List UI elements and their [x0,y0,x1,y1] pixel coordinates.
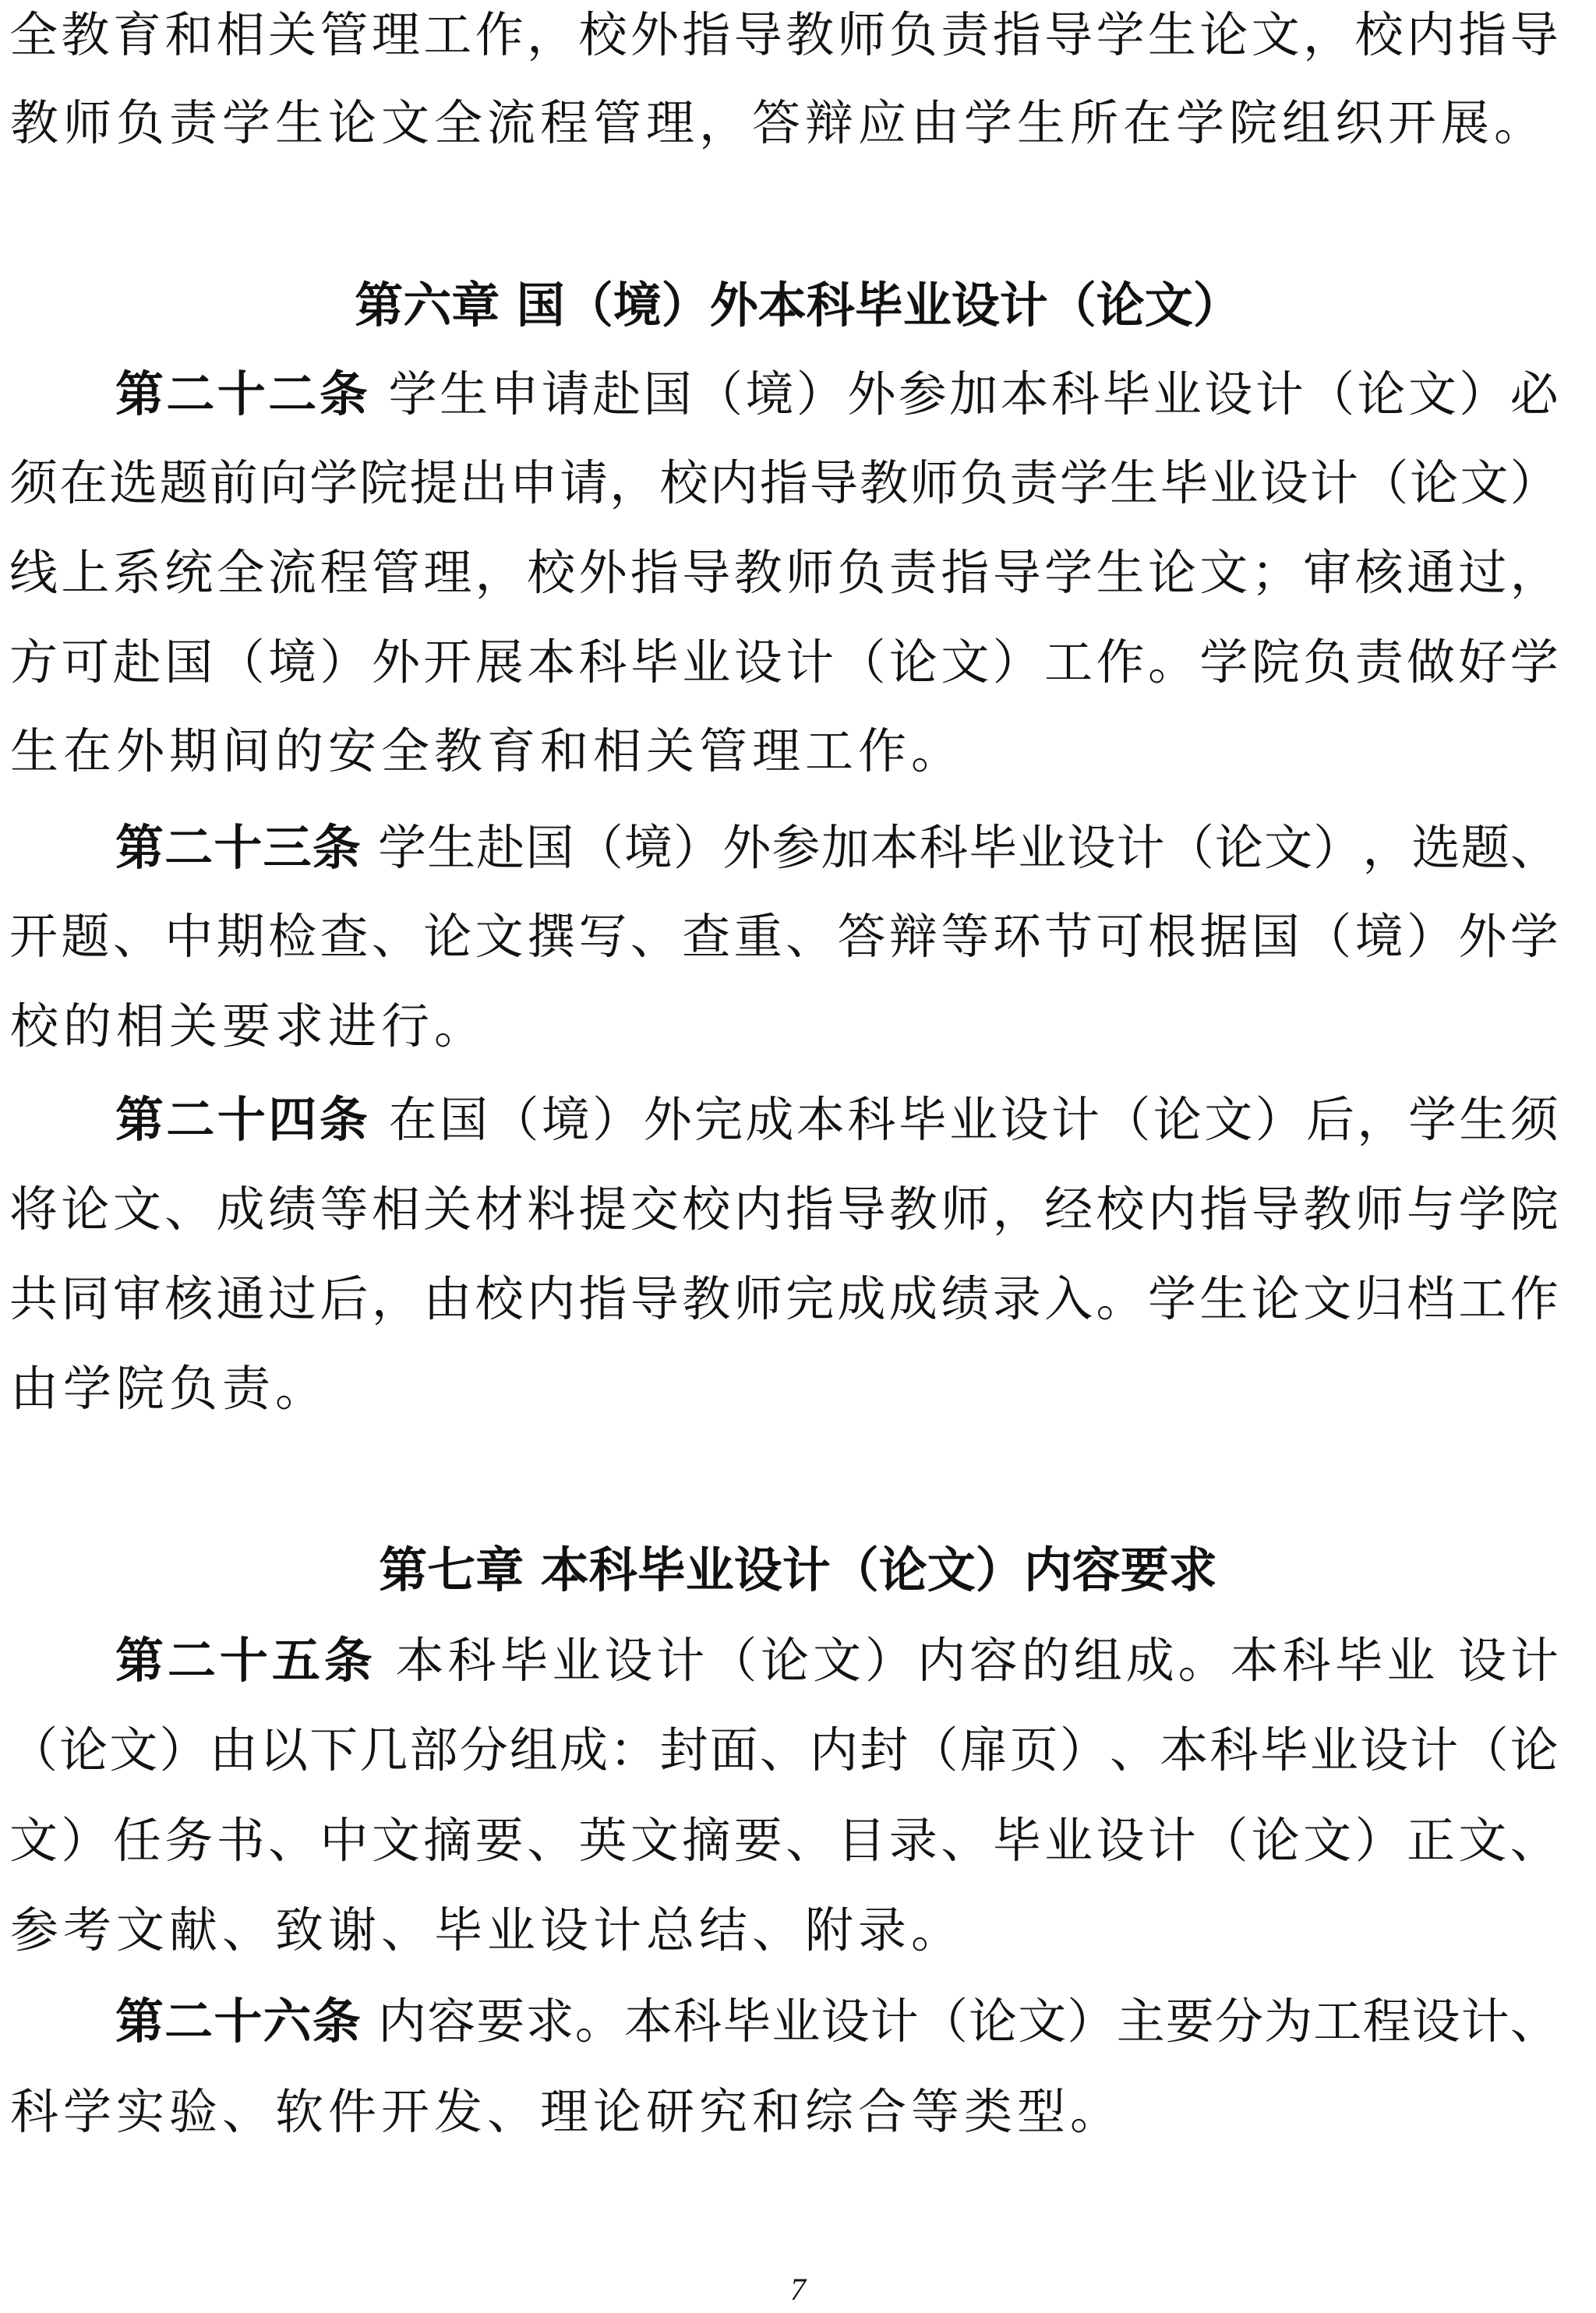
text-char: ） [1313,817,1361,879]
text-char: 校 [659,452,708,514]
text-char: 设 [821,1990,870,2053]
text-char: 向 [260,452,308,514]
text-char: 国 [1252,906,1300,968]
text-char: 要 [734,1810,782,1872]
text-char: 设 [1067,817,1115,879]
article-23-line-3: 校的相关要求进行。 [9,995,1559,1058]
text-char: 、 [760,1719,808,1782]
label-spacer [370,363,386,426]
text-char: 师 [941,1178,989,1241]
text-char: 国 [644,363,692,426]
text-char: 成 [745,1089,793,1151]
text-char: 重 [734,906,782,968]
text-char: 流 [268,542,316,604]
text-char: 辩 [804,92,854,154]
article-label-char: 五 [272,1630,320,1692]
text-char: 全 [380,720,430,782]
text-char: 设 [1458,1630,1506,1692]
text-char: 导 [993,542,1041,604]
text-char: 全 [217,542,265,604]
text-char: 指 [1199,1178,1248,1241]
text-char: 、 [164,1178,213,1241]
text-char: 全 [433,92,483,154]
text-char: 相 [217,4,265,66]
text-char: 中 [164,906,213,968]
text-char: 后 [1306,1089,1354,1151]
article-label-char: 第 [115,1630,164,1692]
text-char: 环 [993,906,1041,968]
text-char: 导 [1044,4,1093,66]
text-char: 学 [62,2081,112,2143]
article-22-line-4: 方可赴国（境）外开展本科毕业设计（论文）工作。学院负责做好学 [9,631,1559,694]
page-number: 7 [0,2272,1596,2308]
text-char: 文 [1458,1810,1506,1872]
text-char: 毕 [630,631,679,694]
text-char: 须 [9,452,58,514]
text-char: 业 [949,1089,997,1151]
text-char: 生 [1016,92,1066,154]
text-char: 毕 [899,1089,947,1151]
text-char: 好 [1458,631,1506,694]
text-char [1439,1630,1454,1692]
text-char: 内 [917,1630,966,1692]
text-char: 关 [268,4,316,66]
text-char: 后 [320,1268,368,1330]
text-char: 分 [460,1719,508,1782]
text-char: 本 [796,1089,845,1151]
text-char: 计 [1410,1719,1458,1782]
text-char: 生 [9,720,59,782]
text-char: 关 [645,720,695,782]
text-char: 可 [1096,906,1145,968]
text-char: 境 [745,363,793,426]
text-char: 、 [486,2081,536,2143]
text-char: 内 [734,1178,782,1241]
text-char: 科 [578,631,627,694]
text-char: 、 [268,1810,316,1872]
text-char: 论 [327,92,377,154]
text-char: 间 [221,720,271,782]
text-char: 计 [1148,1810,1196,1872]
text-char: 外 [644,1089,692,1151]
article-label-char: 第 [115,1089,164,1151]
text-char: 开 [9,906,58,968]
text-char: 检 [268,906,316,968]
text-char: 文 [1264,817,1312,879]
text-char: 学 [1148,1268,1196,1330]
text-char: 教 [734,542,782,604]
text-char: 请 [542,363,590,426]
text-char: 学 [963,92,1013,154]
text-char: 科 [920,817,968,879]
text-char: 科 [1283,1630,1331,1692]
text-char: （ [838,631,886,694]
text-char: 管 [592,92,642,154]
text-char: 下 [309,1719,358,1782]
chapter-7-heading: 第七章 本科毕业设计（论文）内容要求 [0,1539,1596,1601]
text-char: 境 [542,1089,590,1151]
text-char: 结 [698,1899,748,1962]
text-char: 文 [1018,1990,1066,2053]
text-char: 组 [1281,92,1331,154]
text-char: 理 [539,2081,589,2143]
text-char: 归 [1355,1268,1404,1330]
article-label-char: 四 [268,1089,316,1151]
document-page: 全教育和相关管理工作，校外指导教师负责指导学生论文，校内指导 教师负责学生论文全… [0,0,1596,2313]
article-label-char: 二 [166,1089,214,1151]
article-label-char: 二 [268,363,316,426]
text-char: （ [1460,1719,1508,1782]
text-char: 设 [1204,363,1252,426]
text-char: ） [61,1810,109,1872]
text-char: ， [1510,542,1559,604]
text-char: 毕 [1160,452,1208,514]
text-char: 页 [1010,1719,1058,1782]
text-char: 设 [1360,1719,1408,1782]
article-23-line-1: 第二十三条 学生赴国（境）外参加本科毕业设计（论文），选题、 [115,817,1559,879]
text-char: 理 [423,542,471,604]
text-char: 师 [909,452,958,514]
text-char: 考 [62,1899,112,1962]
article-22-line-2: 须在选题前向学院提出申请，校内指导教师负责学生毕业设计（论文） [9,452,1559,514]
label-spacer [370,1089,386,1151]
text-char: 学 [389,363,437,426]
text-char: 科 [1210,1719,1259,1782]
text-char: 扉 [960,1719,1008,1782]
text-char: 要 [221,995,271,1058]
text-char: 业 [552,1630,600,1692]
text-char: ） [673,817,722,879]
text-char: 设 [1412,1990,1460,2053]
text-char: 生 [427,817,475,879]
text-char: 文 [1303,1268,1351,1330]
text-char: 书 [217,1810,265,1872]
text-char: 录 [857,1899,907,1962]
text-char: 内 [1148,1178,1196,1241]
text-char: 和 [164,4,213,66]
text-char: 要 [476,1990,524,2053]
text-char: 查 [320,906,368,968]
text-char: 流 [486,92,536,154]
text-char: 查 [682,906,730,968]
article-label-char: 二 [168,1630,216,1692]
text-char: 工 [804,720,854,782]
article-25-line-2: （论文）由以下几部分组成：封面、内封（扉页）、本科毕业设计（论 [9,1719,1559,1782]
text-char: 究 [698,2081,748,2143]
text-char: 参 [899,363,947,426]
text-char: 题 [61,906,109,968]
article-label-char: 第 [115,363,164,426]
text-char: 成 [560,1719,608,1782]
text-char: 内 [710,452,758,514]
text-char: 文 [1204,1089,1252,1151]
text-char: 、 [1110,1719,1158,1782]
text-char: 主 [1117,1990,1165,2053]
text-char: （ [490,1089,538,1151]
chapter-6-heading: 第六章 国（境）外本科毕业设计（论文） [0,274,1596,337]
text-char: 关 [423,1178,471,1241]
article-23-line-2: 开题、中期检查、论文撰写、查重、答辩等环节可根据国（境）外学 [9,906,1559,968]
text-char: 上 [61,542,109,604]
text-char: 应 [857,92,907,154]
text-char: 作 [1510,1268,1559,1330]
text-char: 分 [1215,1990,1263,2053]
text-char: 容 [969,1630,1018,1692]
text-char: 论 [1215,817,1263,879]
text-char: 论 [1199,4,1248,66]
text-char: 过 [268,1268,316,1330]
carryover-line-1: 全教育和相关管理工作，校外指导教师负责指导学生论文，校内指导 [9,4,1559,66]
text-char: 封 [860,1719,908,1782]
label-spacer [362,817,377,879]
text-char: 业 [682,631,730,694]
text-char: 的 [62,995,112,1058]
text-char: 摘 [682,1810,730,1872]
text-char: 中 [320,1810,368,1872]
text-char: 赴 [113,631,161,694]
text-char: 、 [1510,1810,1559,1872]
text-char: 文 [1199,542,1248,604]
text-char: 料 [527,1178,575,1241]
text-char: ， [698,92,748,154]
text-char: 学 [1510,631,1559,694]
text-char: 相 [115,995,165,1058]
text-char: 录 [993,1268,1041,1330]
text-char: 本 [870,817,919,879]
text-char: 过 [1458,542,1506,604]
text-char: 计 [656,1630,704,1692]
text-char: 、 [527,1810,575,1872]
text-char: （ [708,1630,757,1692]
text-char: 开 [1387,92,1437,154]
text-char: 科 [448,1630,496,1692]
text-char: 几 [359,1719,408,1782]
article-label-char: 二 [164,1990,213,2053]
text-char: 文 [380,92,430,154]
text-char: 、 [380,1899,430,1962]
text-char: 论 [889,631,937,694]
text-char: 生 [1110,452,1158,514]
text-char: 由 [9,1358,59,1420]
text-char: 科 [9,2081,59,2143]
text-char: 文 [109,1719,157,1782]
text-char: 学 [1510,906,1559,968]
text-char: 本 [1001,363,1049,426]
text-char: 指 [941,542,989,604]
text-char: 入 [1044,1268,1093,1330]
text-char: 核 [1355,542,1404,604]
text-char: 行 [380,995,430,1058]
text-char: 负 [115,92,165,154]
text-char: （ [9,1719,58,1782]
text-char: 展 [475,631,524,694]
text-char: 、 [630,906,679,968]
text-char: 文 [1252,4,1300,66]
text-char: 外 [1458,906,1506,968]
text-char: 本 [396,1630,444,1692]
text-char: 教 [889,1178,937,1241]
text-char: 业 [1018,817,1066,879]
text-char: 型 [1016,2081,1066,2143]
text-char: 计 [1117,817,1165,879]
text-char: 、 [1510,817,1559,879]
text-char: 论 [1148,542,1196,604]
article-label-char: 十 [217,1089,266,1151]
article-label-char: 第 [115,817,164,879]
text-char: 参 [772,817,820,879]
text-char: 科 [1051,363,1100,426]
text-char: ： [609,1719,658,1782]
text-char: 校 [682,1178,730,1241]
text-char: 外 [115,720,165,782]
text-char: 工 [1044,631,1093,694]
text-char: 毕 [722,1990,771,2053]
text-char: 校 [1096,1178,1145,1241]
text-char: 赴 [592,363,641,426]
text-char: 。 [433,995,483,1058]
text-char: 外 [372,631,420,694]
text-char: 教 [786,4,834,66]
article-24-line-2: 将论文、成绩等相关材料提交校内指导教师，经校内指导教师与学院 [9,1178,1559,1241]
text-char: 指 [993,4,1041,66]
text-char: （ [575,817,623,879]
text-char: 。 [1096,1268,1145,1330]
text-char: 申 [490,363,538,426]
article-25-line-3: 文）任务书、中文摘要、英文摘要、目录、毕业设计（论文）正文、 [9,1810,1559,1872]
article-label-char: 条 [312,1990,361,2053]
text-char: 理 [751,720,801,782]
text-char: 将 [9,1178,58,1241]
text-char: 请 [560,452,608,514]
text-char: 导 [838,1178,886,1241]
text-char: 设 [1096,1810,1145,1872]
text-char: （ [1102,1089,1150,1151]
text-char: 院 [359,452,408,514]
text-char: 由 [210,1719,258,1782]
text-char: 导 [630,1268,679,1330]
text-char: 负 [960,452,1008,514]
text-char: 发 [433,2081,483,2143]
text-char: 计 [786,631,834,694]
text-char: 学 [309,452,358,514]
text-char: ， [993,1178,1041,1241]
text-char: 工 [1458,1268,1506,1330]
text-char: 生 [274,92,324,154]
text-char: 赴 [476,817,524,879]
text-char: 。 [910,1899,960,1962]
text-char: 交 [630,1178,679,1241]
text-char: 在 [59,452,108,514]
text-char: ） [1355,1810,1404,1872]
text-char: 安 [327,720,377,782]
article-label-char: 条 [320,363,368,426]
text-char: 作 [475,4,524,66]
text-char: 答 [838,906,886,968]
text-char: 外 [578,542,627,604]
text-char: ） [865,1630,913,1692]
text-char: 方 [9,631,58,694]
text-char: 学 [1096,4,1145,66]
text-char: 选 [1412,817,1460,879]
article-label-char: 三 [263,817,312,879]
text-char: 境 [1355,906,1404,968]
text-char: 与 [1407,1178,1455,1241]
text-char: 附 [804,1899,854,1962]
text-char: 计 [870,1990,919,2053]
text-char: 生 [1459,1089,1507,1151]
text-char: 展 [1440,92,1490,154]
article-label-char: 十 [220,1630,268,1692]
text-char: 线 [9,542,58,604]
article-label-char: 十 [214,817,262,879]
text-char: 生 [1096,542,1145,604]
text-char: 境 [624,817,673,879]
text-char: 期 [168,720,218,782]
text-char: 在 [62,720,112,782]
text-char: （ [909,1719,958,1782]
text-char: 学 [1408,1089,1457,1151]
article-label-char: 条 [320,1089,368,1151]
text-char: 院 [115,1358,165,1420]
text-char: 相 [592,720,642,782]
text-char: 内 [527,1268,575,1330]
text-char: 校 [1355,4,1404,66]
text-char: 加 [821,817,870,879]
text-char: 求 [526,1990,574,2053]
text-char: 业 [772,1990,820,2053]
text-char: ； [1252,542,1300,604]
text-char: 实 [115,2081,165,2143]
text-char: 教 [433,720,483,782]
text-char: 绩 [268,1178,316,1241]
text-char: 本 [624,1990,673,2053]
text-char: 选 [109,452,157,514]
text-char: 学 [1458,1178,1506,1241]
text-char: ， [372,1268,420,1330]
text-char: 育 [113,4,161,66]
text-char: 毕 [1334,1630,1382,1692]
text-char: 计 [1310,452,1358,514]
text-char: 指 [760,452,808,514]
text-char: 计 [1051,1089,1100,1151]
text-char: ） [1067,1990,1115,2053]
text-char: 完 [694,1089,743,1151]
text-char: ， [1358,1089,1406,1151]
text-char: 作 [857,720,907,782]
text-char: 校 [9,995,59,1058]
text-char: 内 [810,1719,858,1782]
text-char: 程 [320,542,368,604]
text-char: 教 [61,4,109,66]
text-char: 英 [578,1810,627,1872]
text-char: 师 [734,1268,782,1330]
text-char: 导 [682,542,730,604]
text-char: 总 [645,1899,695,1962]
text-char: ） [320,631,368,694]
text-char: 要 [475,1810,524,1872]
article-label-char: 条 [324,1630,373,1692]
text-char: 毕 [993,1810,1041,1872]
text-char: 开 [423,631,471,694]
article-label-char: 二 [166,363,214,426]
text-char: 致 [274,1899,324,1962]
text-char: 为 [1264,1990,1312,2053]
text-char: 据 [1199,906,1248,968]
text-char: 科 [673,1990,722,2053]
carryover-line-2: 教师负责学生论文全流程管理，答辩应由学生所在学院组织开展。 [9,92,1559,154]
text-char: 、 [221,2081,271,2143]
text-char: 论 [59,1719,108,1782]
